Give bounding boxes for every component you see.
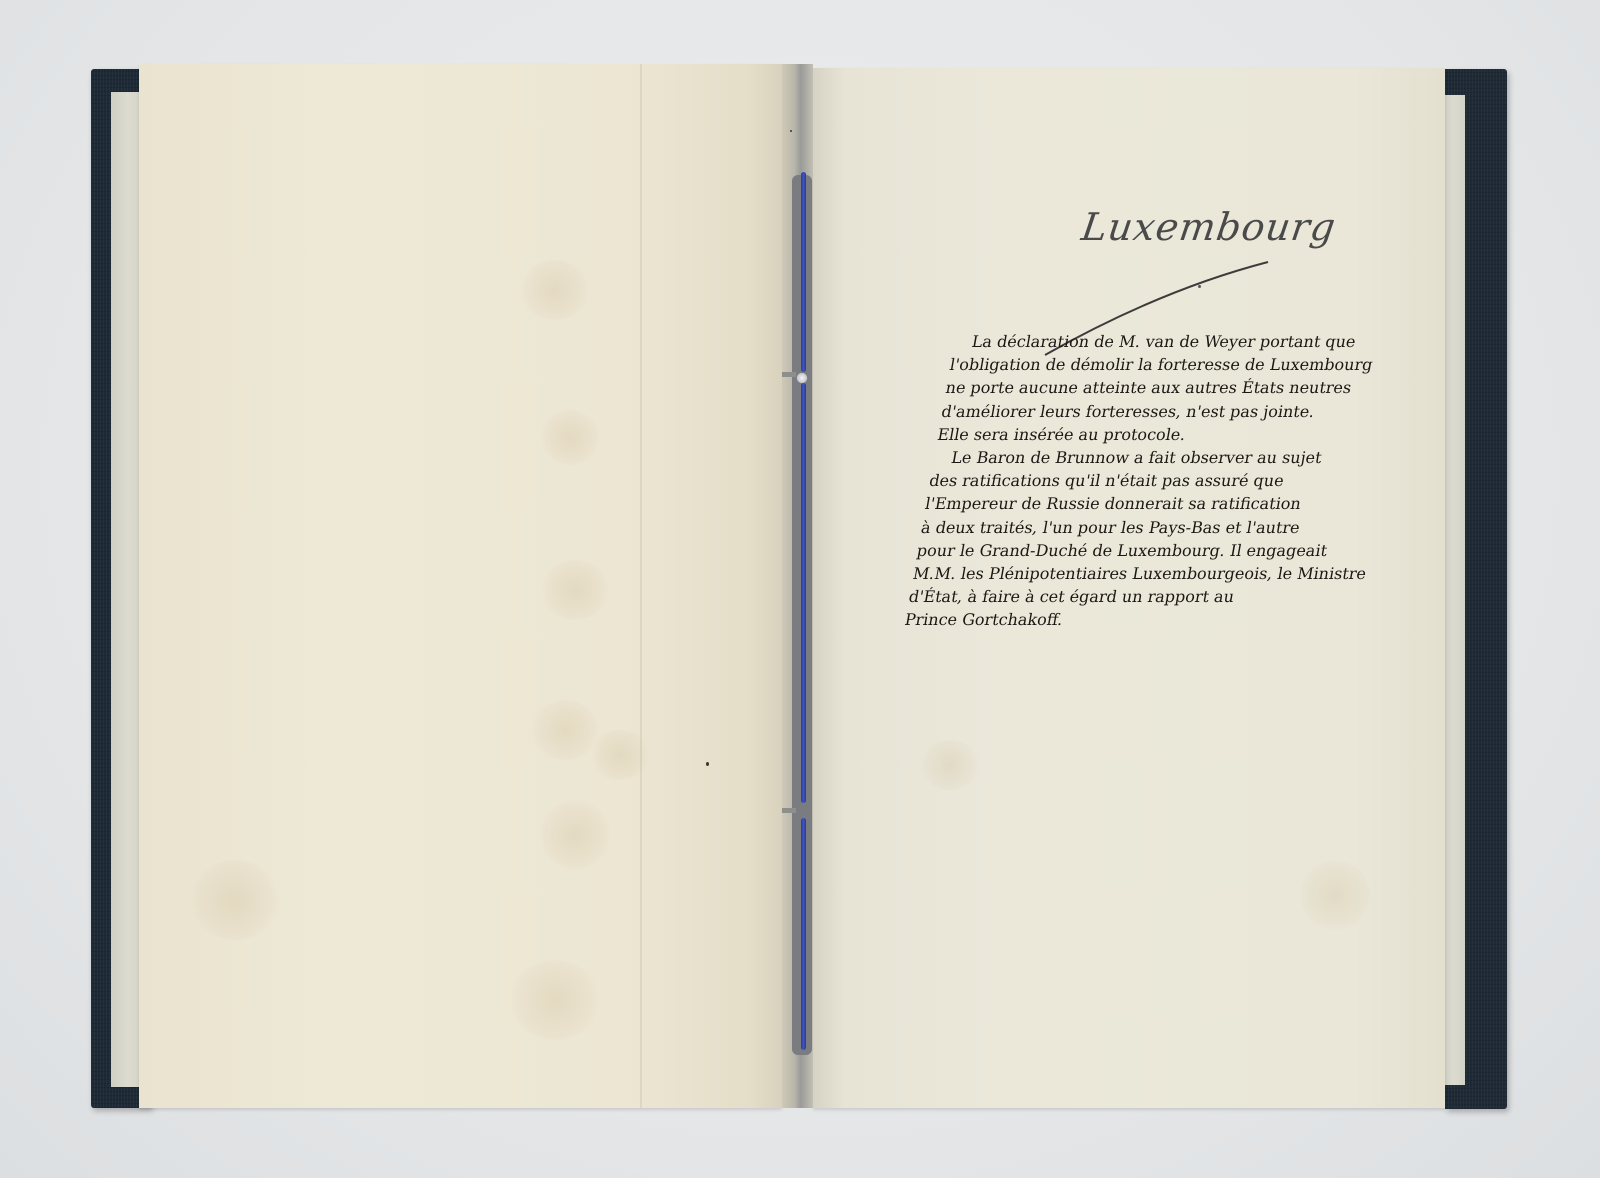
manuscript-line: Le Baron de Brunnow a fait observer au s… bbox=[931, 446, 1405, 469]
manuscript-line: l'Empereur de Russie donnerait sa ratifi… bbox=[923, 492, 1397, 515]
foxing-stain bbox=[540, 560, 610, 620]
binding-thread-segment bbox=[801, 818, 806, 1050]
gutter-notch bbox=[782, 808, 796, 813]
manuscript-line: d'État, à faire à cet égard un rapport a… bbox=[907, 585, 1381, 608]
manuscript-line: La déclaration de M. van de Weyer portan… bbox=[952, 330, 1426, 353]
binding-thread-segment bbox=[801, 383, 806, 803]
manuscript-line: Prince Gortchakoff. bbox=[903, 608, 1377, 631]
manuscript-text: La déclaration de M. van de Weyer portan… bbox=[903, 330, 1426, 632]
foxing-stain bbox=[590, 730, 650, 780]
manuscript-line: d'améliorer leurs forteresses, n'est pas… bbox=[940, 400, 1414, 423]
manuscript-line: des ratifications qu'il n'était pas assu… bbox=[927, 469, 1401, 492]
luxembourg-pencil-signature: Luxembourg bbox=[1079, 205, 1339, 249]
binding-thread-segment bbox=[801, 172, 806, 372]
binding-stitch-knot bbox=[796, 373, 808, 383]
foxing-stain bbox=[520, 260, 590, 320]
left-page bbox=[139, 64, 782, 1108]
foxing-stain bbox=[540, 410, 600, 465]
manuscript-line: l'obligation de démolir la forteresse de… bbox=[948, 353, 1422, 376]
manuscript-line: ne porte aucune atteinte aux autres État… bbox=[944, 376, 1418, 399]
flyleaf-right bbox=[1445, 95, 1465, 1085]
manuscript-line: Elle sera insérée au protocole. bbox=[936, 423, 1410, 446]
foxing-stain bbox=[510, 960, 600, 1040]
foxing-stain bbox=[1300, 860, 1370, 930]
manuscript-line: pour le Grand-Duché de Luxembourg. Il en… bbox=[915, 539, 1389, 562]
foxing-stain bbox=[920, 740, 980, 790]
manuscript-line: M.M. les Plénipotentiaires Luxembourgeoi… bbox=[911, 562, 1385, 585]
foxing-stain bbox=[190, 860, 280, 940]
foxing-stain bbox=[540, 800, 610, 870]
ink-speck bbox=[790, 130, 792, 132]
manuscript-line: à deux traités, l'un pour les Pays-Bas e… bbox=[919, 516, 1393, 539]
ink-speck bbox=[706, 762, 709, 766]
gutter-notch bbox=[782, 372, 796, 377]
left-page-fold bbox=[640, 64, 642, 1108]
pencil-dot bbox=[1198, 285, 1201, 288]
